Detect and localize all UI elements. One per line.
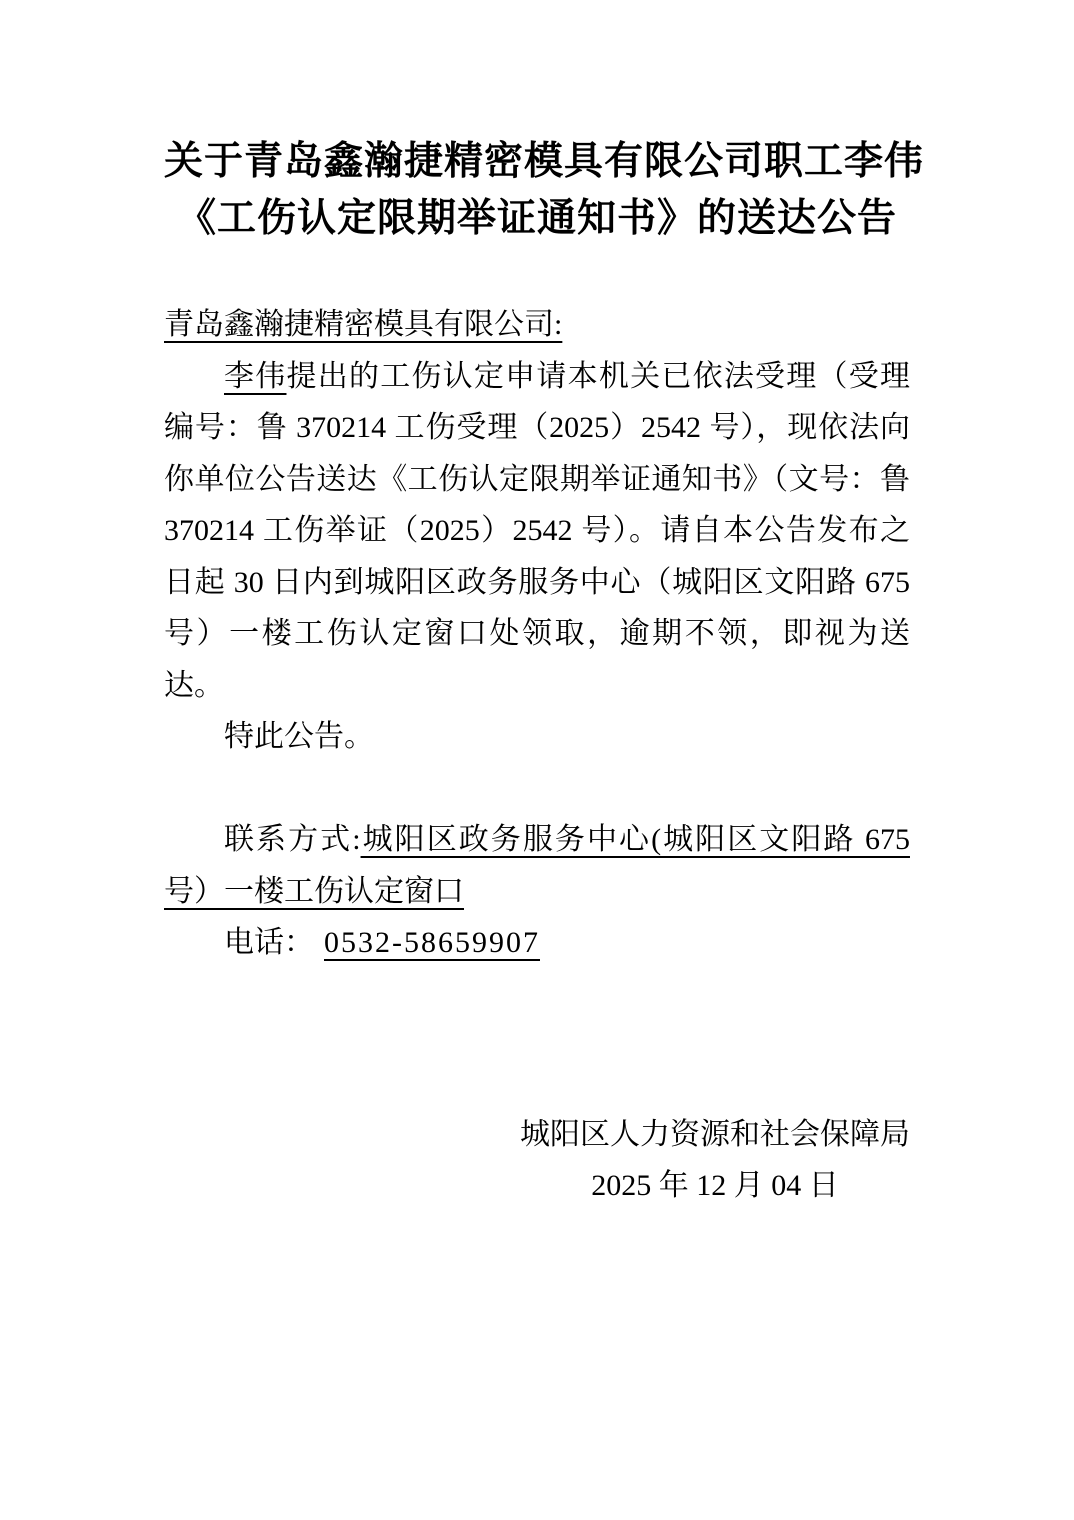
signature-block: 城阳区人力资源和社会保障局 2025 年 12 月 04 日 — [520, 1109, 910, 1212]
salutation-line: 青岛鑫瀚捷精密模具有限公司: — [164, 299, 910, 351]
issue-date: 2025 年 12 月 04 日 — [520, 1160, 910, 1212]
issuing-authority-name: 城阳区人力资源和社会保障局 — [520, 1109, 910, 1161]
contact-line: 联系方式:城阳区政务服务中心(城阳区文阳路 675 号）一楼工伤认定窗口 — [164, 814, 910, 917]
document-title-line-1: 关于青岛鑫瀚捷精密模具有限公司职工李伟 — [164, 133, 910, 190]
closing-statement: 特此公告。 — [164, 711, 910, 763]
phone-number: 0532-58659907 — [324, 926, 540, 959]
document-title: 关于青岛鑫瀚捷精密模具有限公司职工李伟 《工伤认定限期举证通知书》的送达公告 — [164, 133, 910, 247]
notice-document-page: 关于青岛鑫瀚捷精密模具有限公司职工李伟 《工伤认定限期举证通知书》的送达公告 青… — [0, 0, 1074, 1520]
employee-name: 李伟 — [224, 360, 286, 393]
notice-main-paragraph: 李伟提出的工伤认定申请本机关已依法受理（受理编号：鲁 370214 工伤受理（2… — [164, 351, 910, 712]
notice-main-text: 提出的工伤认定申请本机关已依法受理（受理编号：鲁 370214 工伤受理（202… — [164, 360, 910, 702]
contact-label: 联系方式: — [224, 823, 361, 856]
phone-line: 电话：0532-58659907 — [164, 917, 910, 969]
phone-label: 电话： — [224, 926, 314, 959]
document-body: 青岛鑫瀚捷精密模具有限公司: 李伟提出的工伤认定申请本机关已依法受理（受理编号：… — [164, 299, 910, 969]
recipient-company-name: 青岛鑫瀚捷精密模具有限公司: — [164, 308, 562, 341]
document-title-line-2: 《工伤认定限期举证通知书》的送达公告 — [164, 190, 910, 247]
